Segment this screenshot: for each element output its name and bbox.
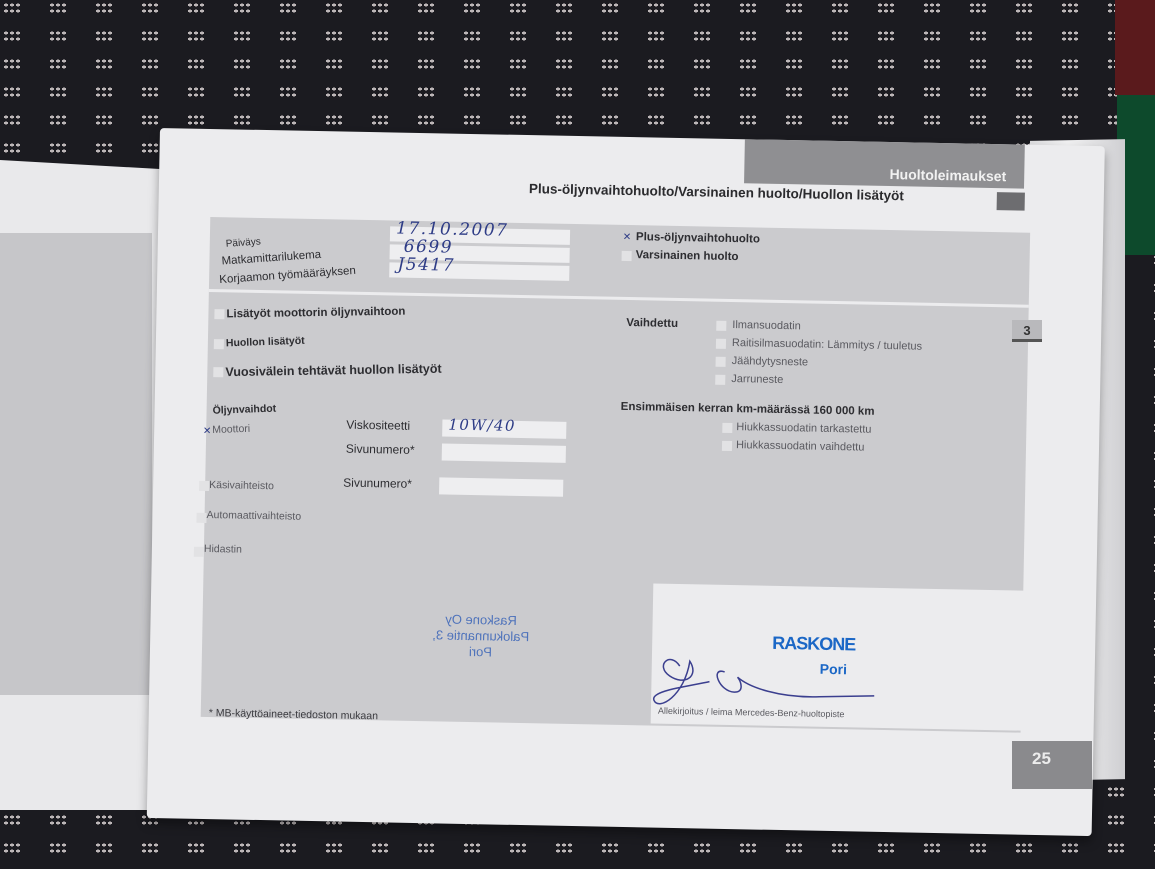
extra-service-work-checkbox[interactable] [214,339,224,349]
plus-oil-service-checkbox[interactable]: ✕ [622,233,632,243]
retarder-checkbox[interactable] [194,547,204,557]
plus-oil-service-label: Plus-öljynvaihtohuolto [636,231,760,245]
service-record-page: Huoltoleimaukset Plus-öljynvaihtohuolto/… [147,128,1105,836]
air-filter-checkbox[interactable] [716,321,726,331]
main-service-label: Varsinainen huolto [636,249,739,263]
annual-extra-work-label: Vuosivälein tehtävät huollon lisätyöt [225,362,441,379]
extra-service-work-label: Huollon lisätyöt [226,335,305,350]
coolant-label: Jäähdytysneste [732,355,809,368]
section-title-tab: Huoltoleimaukset [744,139,1025,188]
extra-oil-work-checkbox[interactable] [214,309,224,319]
engine-page-number-label: Sivunumero* [346,442,415,457]
air-filter-label: Ilmansuodatin [732,319,801,332]
manual-page-number-field[interactable] [439,477,563,496]
brake-fluid-checkbox[interactable] [715,375,725,385]
stamp-line: Pori [432,643,529,661]
date-label: Päiväys [225,236,261,249]
retarder-label: Hidastin [204,543,242,556]
oil-changes-heading: Öljynvaihdot [212,403,276,417]
left-page-gray-panel [0,233,152,695]
manual-transmission-checkbox[interactable] [199,481,209,491]
brake-fluid-label: Jarruneste [731,373,783,386]
automatic-transmission-checkbox[interactable] [196,513,206,523]
viscosity-value: 10W/40 [448,416,516,435]
footnote: * MB-käyttöaineet-tiedoston mukaan [209,707,378,722]
annual-extra-work-checkbox[interactable] [213,367,223,377]
check-mark-icon: ✕ [203,427,212,437]
cabin-filter-label: Raitisilmasuodatin: Lämmitys / tuuletus [732,337,922,353]
work-order-value: J5417 [397,255,455,276]
particle-filter-checked-label: Hiukkassuodatin tarkastettu [736,421,871,436]
work-order-label: Korjaamon työmääräyksen [219,265,356,286]
chapter-tab: 3 [1012,320,1042,342]
divider [209,289,1029,308]
cabin-filter-checkbox[interactable] [716,339,726,349]
section-marker [997,192,1025,211]
particle-filter-checked-checkbox[interactable] [722,423,732,433]
engine-oil-checkbox[interactable]: ✕ [202,427,212,437]
stamp-line: Raskone Oy [432,611,529,629]
replaced-heading: Vaihdettu [626,317,678,330]
engine-page-number-field[interactable] [442,443,566,462]
viscosity-label: Viskositeetti [346,418,410,433]
odometer-label: Matkamittarilukema [221,249,321,268]
check-mark-icon: ✕ [623,233,632,243]
engine-oil-label: Moottori [212,423,250,436]
extra-oil-work-label: Lisätyöt moottorin öljynvaihtoon [226,306,405,321]
background-red-object [1115,0,1155,95]
main-service-checkbox[interactable] [622,251,632,261]
manual-transmission-label: Käsivaihteisto [209,479,274,492]
particle-filter-replaced-checkbox[interactable] [722,441,732,451]
stamp-line: Palokunnantie 3, [432,627,529,645]
coolant-checkbox[interactable] [716,357,726,367]
page-number: 25 [1012,741,1092,789]
bleed-through-stamp: Raskone Oy Palokunnantie 3, Pori [432,611,530,661]
first-time-heading: Ensimmäisen kerran km-määrässä 160 000 k… [621,401,875,418]
manual-page-number-label: Sivunumero* [343,476,412,491]
particle-filter-replaced-label: Hiukkassuodatin vaihdettu [736,439,865,453]
service-form: Päiväys Matkamittarilukema Korjaamon työ… [201,217,1030,733]
automatic-transmission-label: Automaattivaihteisto [206,509,301,523]
